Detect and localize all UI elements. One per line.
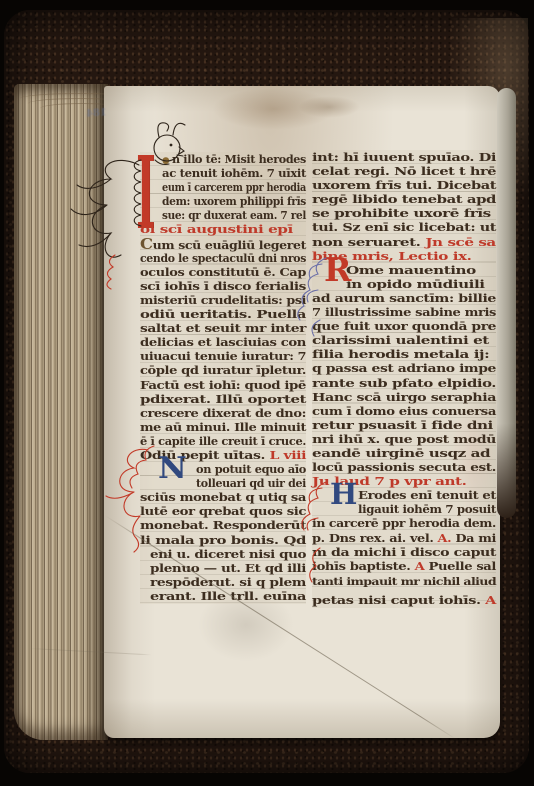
- text-line: respōderut. si q plem: [140, 575, 306, 589]
- text-line: m da michi ī disco caput: [312, 545, 496, 559]
- text-line: monebat. Responderūt: [140, 518, 306, 532]
- body-text: cōple qd iuratur īpletur.: [140, 363, 306, 377]
- text-line: Factū est iohī: quod ipē: [140, 378, 306, 392]
- text-line: retur psuasit ī fide dni: [312, 418, 496, 432]
- penwork-flourish-icon: [96, 440, 160, 560]
- body-text: odiū ueritatis. Puella: [140, 307, 306, 321]
- text-line: eandē uirginē usqz ad: [312, 446, 496, 460]
- body-text: delicias et lasciuias con: [140, 335, 306, 349]
- body-text: misteriū crudelitatis: psi: [140, 293, 306, 307]
- text-line: me aū minui. Ille minuit: [140, 420, 306, 434]
- body-text: q passa est adriano impe: [312, 361, 496, 375]
- text-line: filia herodis metala ij:: [312, 347, 496, 361]
- body-text: int: hī iuuent spuīao. Di: [312, 150, 496, 164]
- body-text: saltat et seuit mr inter: [140, 321, 306, 335]
- body-text: Factū est iohī: quod ipē: [140, 378, 306, 392]
- drop-cap-N: N: [158, 456, 187, 482]
- text-column-right: int: hī iuuent spuīao. Dicelat regi. Nō …: [312, 150, 496, 608]
- text-line: in carcerē ppr herodia dem.: [312, 516, 496, 530]
- body-text: in carcerē ppr herodia dem.: [312, 516, 496, 530]
- text-line: cum ī domo eius conuersa: [312, 404, 496, 418]
- body-text: Hanc scā uirgo seraphia: [312, 390, 496, 404]
- text-line: cōple qd iuratur īpletur.: [140, 363, 306, 377]
- body-text: lutē eor qrebat quos sic: [140, 504, 306, 518]
- text-line: non seruaret. Jn scē sa: [312, 235, 496, 249]
- body-text: in opido mūdiuili: [346, 277, 485, 291]
- body-text: tui. Sz enī sic licebat: ut: [312, 220, 496, 234]
- text-line: sciūs monebat q utiq sa: [140, 490, 306, 504]
- body-text: 7 illustrissime sabine mris: [312, 305, 496, 319]
- page-gutter-roll: [497, 88, 516, 518]
- text-line: pdixerat. Illū oportet: [140, 392, 306, 406]
- text-line: q passa est adriano impe: [312, 361, 496, 375]
- body-text: Ome mauentino: [346, 263, 476, 277]
- body-text: petas nisi caput iohīs.: [312, 593, 485, 607]
- body-text: uiuacui tenuie iuratur: 7: [140, 349, 306, 363]
- body-text: pdixerat. Illū oportet: [140, 392, 306, 406]
- body-text: Da mi: [455, 531, 496, 545]
- text-line: petas nisi caput iohīs. A: [312, 593, 496, 607]
- text-line: Hanc scā uirgo seraphia: [312, 390, 496, 404]
- rubric-text: L viii: [269, 448, 306, 462]
- body-text: clarissimi ualentini et: [312, 333, 489, 347]
- rubric-text: A.: [438, 531, 456, 545]
- text-line: ē ī capite ille creuit ī cruce.: [140, 434, 306, 448]
- body-text: plenuo — ut. Et qd illi: [150, 561, 306, 575]
- body-text: retur psuasit ī fide dni: [312, 418, 493, 432]
- body-text: m da michi ī disco caput: [312, 545, 496, 559]
- body-text: locū passionis secuta est.: [312, 460, 496, 474]
- text-line: regē libido tenebat apd: [312, 192, 496, 206]
- body-text: cum ī domo eius conuersa: [312, 404, 496, 418]
- body-text: se prohibite uxorē frīs: [312, 206, 491, 220]
- body-text: respōderut. si q plem: [150, 575, 306, 589]
- body-text: non seruaret.: [312, 235, 425, 249]
- body-text: tolleuari qd uir dei: [196, 476, 306, 490]
- body-text: crescere dixerat de dno:: [140, 406, 306, 420]
- body-text: sciūs monebat q utiq sa: [140, 490, 306, 504]
- text-line: odiū ueritatis. Puella: [140, 307, 306, 321]
- body-text: ē ī capite ille creuit ī cruce.: [140, 434, 306, 448]
- rubric-text: Jn scē sa: [425, 235, 495, 249]
- text-line: uxorem frīs tui. Dicebat: [312, 178, 496, 192]
- body-text: eandē uirginē usqz ad: [312, 446, 490, 460]
- body-text: celat regi. Nō licet t hrē: [312, 164, 496, 178]
- body-text: monebat. Responderūt: [140, 518, 306, 532]
- body-text: li mala pro bonis. Qd: [140, 533, 306, 547]
- body-text: que fuit uxor quondā pre: [312, 319, 496, 333]
- text-line: celat regi. Nō licet t hrē: [312, 164, 496, 178]
- body-text: nri ihū x. que post modū: [312, 432, 496, 446]
- text-line: ad aurum sanctīm: billie: [312, 291, 496, 305]
- text-line: lutē eor qrebat quos sic: [140, 504, 306, 518]
- body-text: uxorem frīs tui. Dicebat: [312, 178, 496, 192]
- text-line: plenuo — ut. Et qd illi: [140, 561, 306, 575]
- text-line: se prohibite uxorē frīs: [312, 206, 496, 220]
- body-text: ad aurum sanctīm: billie: [312, 291, 496, 305]
- drop-cap-H: H: [330, 482, 357, 507]
- text-line: iohīs baptiste. A Puelle sal: [312, 559, 496, 573]
- text-line: tui. Sz enī sic licebat: ut: [312, 220, 496, 234]
- body-text: me aū minui. Ille minuit: [140, 420, 306, 434]
- body-text: Erodes enī tenuit et: [358, 488, 496, 502]
- rubric-text: A: [485, 593, 496, 607]
- body-text: rante sub pfato elpidio.: [312, 376, 496, 390]
- penwork-flourish-icon: [294, 478, 332, 588]
- body-text: tanti impauit mr nichil aliud: [312, 577, 496, 588]
- text-line: locū passionis secuta est.: [312, 460, 496, 474]
- text-line: delicias et lasciuias con: [140, 335, 306, 349]
- penwork-flourish-icon: [298, 254, 332, 350]
- text-line: misteriū crudelitatis: psi: [140, 293, 306, 307]
- text-line: p. Dns rex. ai. vel. A. Da mi: [312, 531, 496, 545]
- text-line: rante sub pfato elpidio.: [312, 376, 496, 390]
- body-text: Puelle sal: [429, 559, 496, 573]
- text-line: li mala pro bonis. Qd: [140, 533, 306, 547]
- text-line: nri ihū x. que post modū: [312, 432, 496, 446]
- text-line: clarissimi ualentini et: [312, 333, 496, 347]
- text-line: crescere dixerat de dno:: [140, 406, 306, 420]
- body-text: ligauit iohēm 7 posuit: [358, 502, 496, 516]
- manuscript-photo: 184 ● n illo tē: Misit herodesac tenuit …: [0, 0, 534, 786]
- text-line: uiuacui tenuie iuratur: 7: [140, 349, 306, 363]
- penwork-face-icon: [55, 105, 190, 295]
- text-line: saltat et seuit mr inter: [140, 321, 306, 335]
- body-text: regē libido tenebat apd: [312, 192, 496, 206]
- rubric-text: A: [415, 559, 429, 573]
- text-line: int: hī iuuent spuīao. Di: [312, 150, 496, 164]
- body-text: erant. Ille trll. euīna: [150, 589, 306, 603]
- body-text: n illo tē: Misit herodes: [172, 152, 306, 166]
- text-line: que fuit uxor quondā pre: [312, 319, 496, 333]
- body-text: filia herodis metala ij:: [312, 347, 489, 361]
- body-text: on potuit equo aīo: [196, 462, 306, 476]
- text-line: tanti impauit mr nichil aliud: [312, 576, 496, 590]
- text-line: 7 illustrissime sabine mris: [312, 305, 496, 319]
